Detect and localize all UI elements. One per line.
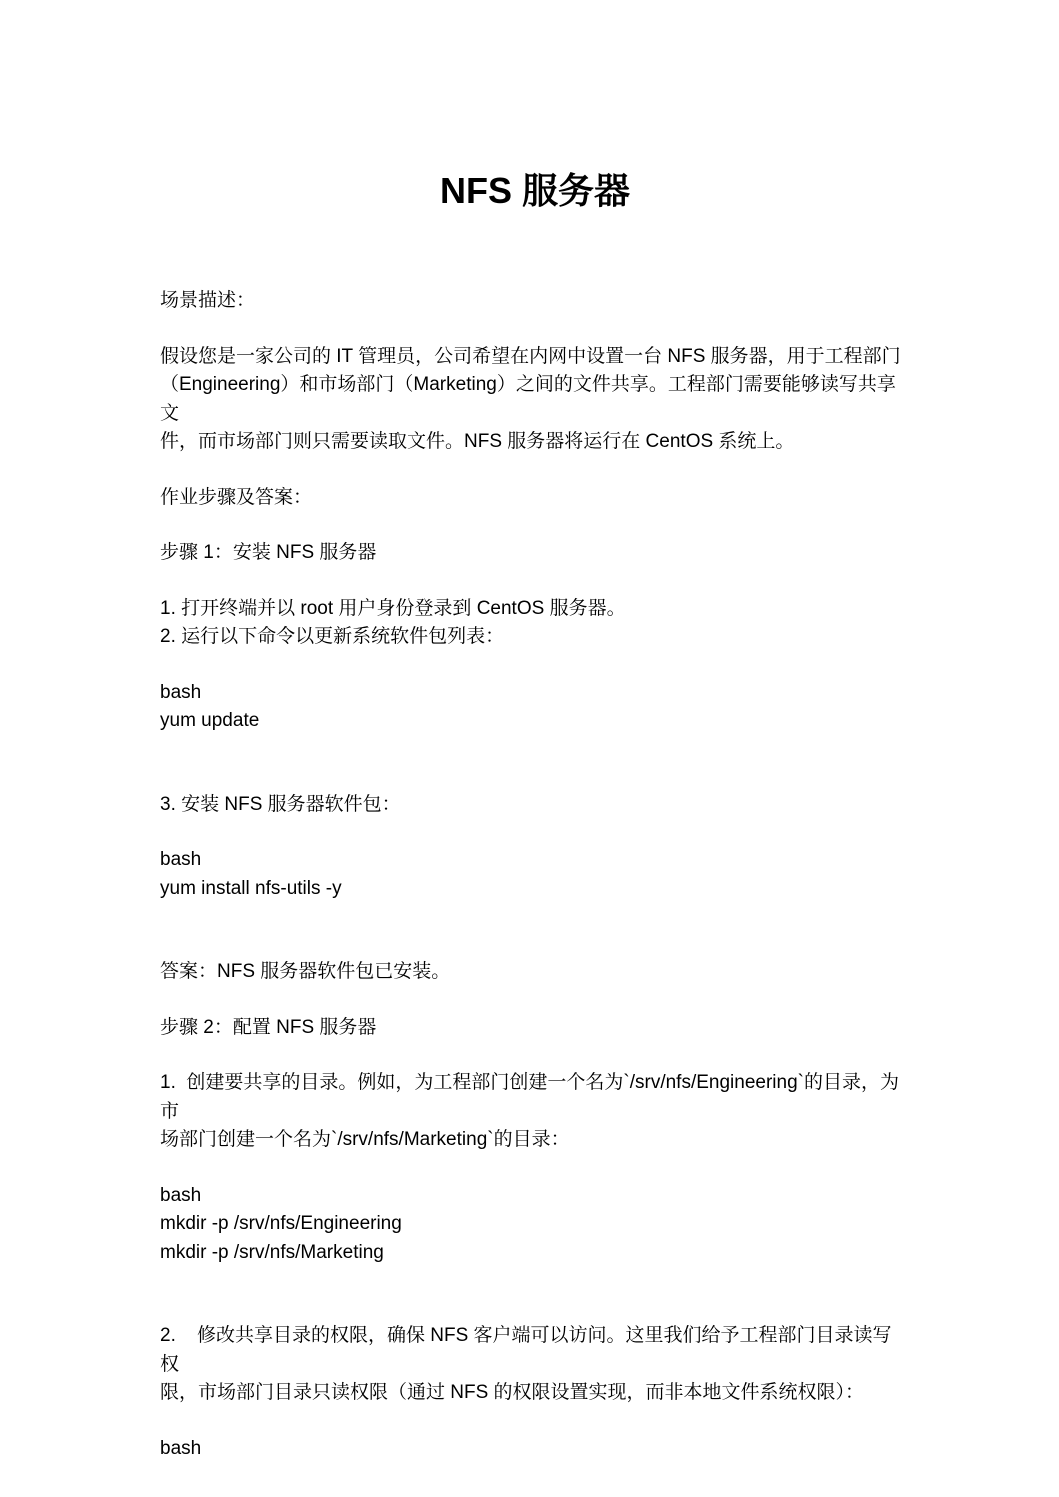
paragraph: 1. 打开终端并以 root 用户身份登录到 CentOS 服务器。 2. 运行… xyxy=(160,595,910,652)
paragraph: 1. 创建要共享的目录。例如，为工程部门创建一个名为`/srv/nfs/Engi… xyxy=(160,1069,910,1155)
paragraph: 场景描述： xyxy=(160,287,910,316)
code-block: bash mkdir -p /srv/nfs/Engineering mkdir… xyxy=(160,1182,910,1268)
paragraph: 步骤 1：安装 NFS 服务器 xyxy=(160,539,910,568)
blank-line xyxy=(160,763,910,791)
code-block: bash yum install nfs-utils -y xyxy=(160,846,910,903)
blank-line xyxy=(160,1294,910,1322)
paragraph: 假设您是一家公司的 IT 管理员，公司希望在内网中设置一台 NFS 服务器，用于… xyxy=(160,343,910,457)
code-block: bash yum update xyxy=(160,679,910,736)
blank-line xyxy=(160,930,910,958)
document-page: NFS 服务器 场景描述：假设您是一家公司的 IT 管理员，公司希望在内网中设置… xyxy=(0,0,1059,1497)
document-body: 场景描述：假设您是一家公司的 IT 管理员，公司希望在内网中设置一台 NFS 服… xyxy=(160,287,910,1463)
paragraph: 3. 安装 NFS 服务器软件包： xyxy=(160,791,910,820)
paragraph: 2. 修改共享目录的权限，确保 NFS 客户端可以访问。这里我们给予工程部门目录… xyxy=(160,1322,910,1408)
paragraph: 答案：NFS 服务器软件包已安装。 xyxy=(160,958,910,987)
code-block: bash xyxy=(160,1435,910,1464)
paragraph: 作业步骤及答案： xyxy=(160,484,910,513)
document-title: NFS 服务器 xyxy=(160,167,910,215)
paragraph: 步骤 2：配置 NFS 服务器 xyxy=(160,1014,910,1043)
